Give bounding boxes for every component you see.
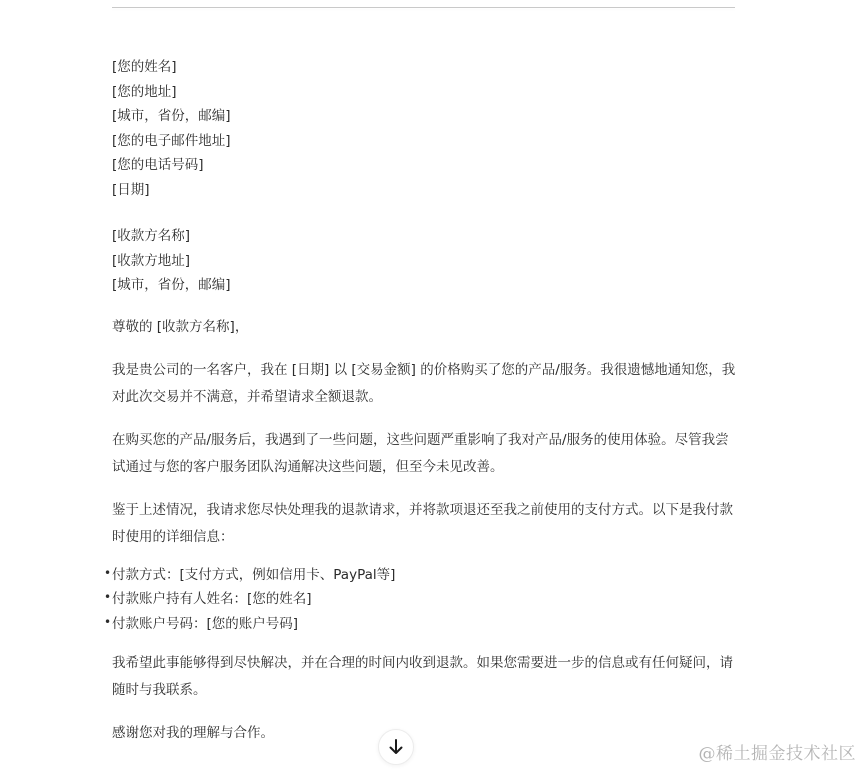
watermark: @稀土掘金技术社区: [699, 739, 857, 764]
payment-method: 付款方式：[支付方式，例如信用卡、PayPal等]: [112, 567, 395, 583]
account-holder: 付款账户持有人姓名：[您的姓名]: [112, 591, 312, 607]
scroll-to-bottom-button[interactable]: [378, 729, 414, 765]
sender-phone: [您的电话号码]: [112, 153, 737, 178]
arrow-down-icon: [389, 739, 403, 755]
recipient-name: [收款方名称]: [112, 224, 737, 249]
list-item: • 付款账户号码：[您的账户号码]: [112, 612, 737, 637]
bullet-icon: •: [104, 612, 111, 632]
bullet-icon: •: [104, 587, 111, 607]
top-divider: [112, 7, 735, 8]
paragraph-closing: 我希望此事能够得到尽快解决，并在合理的时间内收到退款。如果您需要进一步的信息或有…: [112, 650, 737, 704]
payment-details-list: • 付款方式：[支付方式，例如信用卡、PayPal等] • 付款账户持有人姓名：…: [112, 563, 737, 637]
thanks-line: 感谢您对我的理解与合作。: [112, 720, 737, 747]
bullet-icon: •: [104, 563, 111, 583]
recipient-city: [城市，省份，邮编]: [112, 273, 737, 298]
letter-content: [您的姓名] [您的地址] [城市，省份，邮编] [您的电子邮件地址] [您的电…: [112, 55, 737, 747]
salutation: 尊敬的 [收款方名称]，: [112, 314, 737, 341]
list-item: • 付款账户持有人姓名：[您的姓名]: [112, 587, 737, 612]
letter-date: [日期]: [112, 178, 737, 203]
sender-info: [您的姓名] [您的地址] [城市，省份，邮编] [您的电子邮件地址] [您的电…: [112, 55, 737, 202]
paragraph-issues: 在购买您的产品/服务后，我遇到了一些问题，这些问题严重影响了我对产品/服务的使用…: [112, 427, 737, 481]
recipient-info: [收款方名称] [收款方地址] [城市，省份，邮编]: [112, 224, 737, 298]
recipient-address: [收款方地址]: [112, 249, 737, 274]
sender-city: [城市，省份，邮编]: [112, 104, 737, 129]
account-number: 付款账户号码：[您的账户号码]: [112, 616, 298, 632]
list-item: • 付款方式：[支付方式，例如信用卡、PayPal等]: [112, 563, 737, 588]
sender-email: [您的电子邮件地址]: [112, 129, 737, 154]
paragraph-request: 鉴于上述情况，我请求您尽快处理我的退款请求，并将款项退还至我之前使用的支付方式。…: [112, 497, 737, 551]
sender-address: [您的地址]: [112, 80, 737, 105]
paragraph-purchase: 我是贵公司的一名客户，我在 [日期] 以 [交易金额] 的价格购买了您的产品/服…: [112, 357, 737, 411]
sender-name: [您的姓名]: [112, 55, 737, 80]
